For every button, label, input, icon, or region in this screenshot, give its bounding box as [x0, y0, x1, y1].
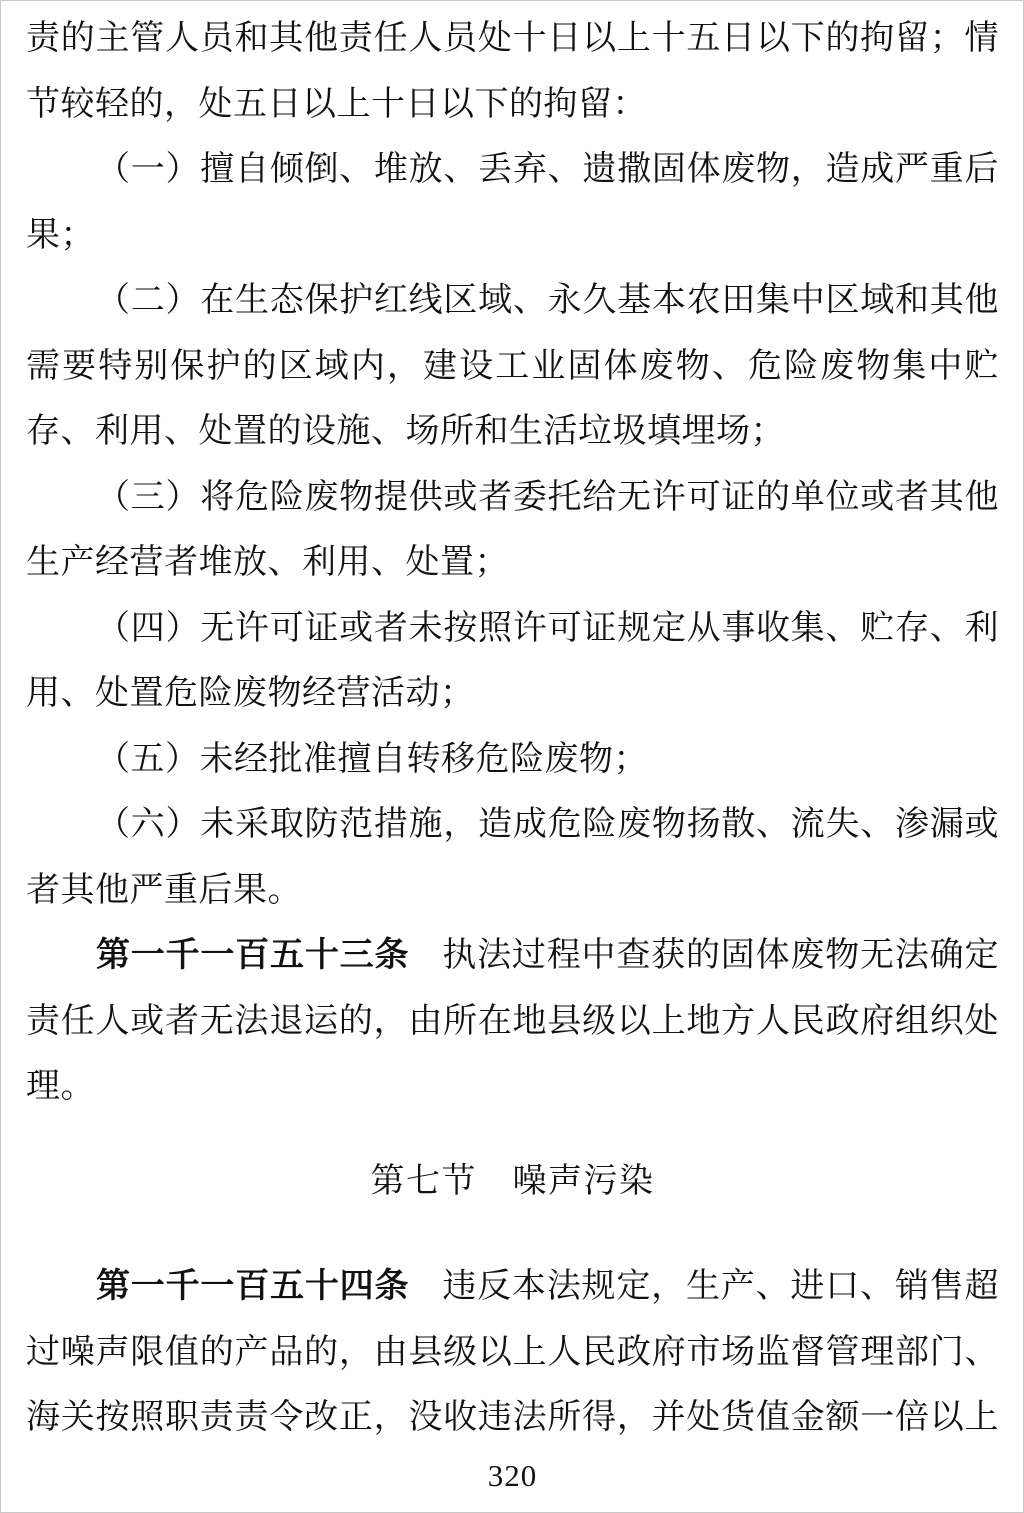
article-number: 第一千一百五十四条 — [96, 1267, 409, 1305]
line-text: （三）将危险废物提供或者委托给无许可证的单位或者其他 — [96, 479, 999, 516]
text-line: （四）无许可证或者未按照许可证规定从事收集、贮存、利 — [26, 596, 999, 662]
line-text: 生产经营者堆放、利用、处置； — [26, 544, 509, 581]
text-line: 海关按照职责责令改正，没收违法所得，并处货值金额一倍以上 — [26, 1385, 999, 1451]
text-line: （六）未采取防范措施，造成危险废物扬散、流失、渗漏或 — [26, 792, 999, 858]
body-text-block-after-heading: 第一千一百五十四条违反本法规定，生产、进口、销售超过噪声限值的产品的，由县级以上… — [26, 1254, 999, 1451]
text-line: （五）未经批准擅自转移危险废物； — [26, 727, 999, 793]
text-line: 生产经营者堆放、利用、处置； — [26, 530, 999, 596]
line-text: 果； — [26, 217, 95, 254]
text-line: 第一千一百五十四条违反本法规定，生产、进口、销售超 — [26, 1254, 999, 1320]
text-line: （二）在生态保护红线区域、永久基本农田集中区域和其他 — [26, 268, 999, 334]
line-text: 者其他严重后果。 — [26, 872, 302, 909]
line-text: 需要特别保护的区域内，建设工业固体废物、危险废物集中贮 — [26, 348, 999, 385]
body-text-block: 责的主管人员和其他责任人员处十日以上十五日以下的拘留；情节较轻的，处五日以上十日… — [26, 6, 999, 1120]
line-text: 存、利用、处置的设施、场所和生活垃圾填埋场； — [26, 413, 785, 450]
text-line: 责的主管人员和其他责任人员处十日以上十五日以下的拘留；情 — [26, 6, 999, 72]
line-text: （六）未采取防范措施，造成危险废物扬散、流失、渗漏或 — [96, 806, 999, 843]
text-line: 存、利用、处置的设施、场所和生活垃圾填埋场； — [26, 399, 999, 465]
text-line: 第一千一百五十三条执法过程中查获的固体废物无法确定 — [26, 923, 999, 989]
line-text: （一）擅自倾倒、堆放、丢弃、遗撒固体废物，造成严重后 — [96, 151, 999, 188]
line-text: （四）无许可证或者未按照许可证规定从事收集、贮存、利 — [96, 610, 999, 647]
line-text: （二）在生态保护红线区域、永久基本农田集中区域和其他 — [96, 282, 999, 319]
line-text: 海关按照职责责令改正，没收违法所得，并处货值金额一倍以上 — [26, 1399, 999, 1436]
page-number: 320 — [26, 1456, 999, 1496]
line-text: 过噪声限值的产品的，由县级以上人民政府市场监督管理部门、 — [26, 1334, 999, 1371]
line-text: 责任人或者无法退运的，由所在地县级以上地方人民政府组织处 — [26, 1003, 999, 1040]
line-text: 用、处置危险废物经营活动； — [26, 675, 475, 712]
text-line: 理。 — [26, 1054, 999, 1120]
text-line: 者其他严重后果。 — [26, 858, 999, 924]
text-line: 节较轻的，处五日以上十日以下的拘留： — [26, 72, 999, 138]
line-text: 执法过程中查获的固体废物无法确定 — [442, 937, 999, 974]
text-line: （三）将危险废物提供或者委托给无许可证的单位或者其他 — [26, 465, 999, 531]
text-line: 果； — [26, 203, 999, 269]
line-text: 责的主管人员和其他责任人员处十日以上十五日以下的拘留；情 — [26, 20, 999, 57]
line-text: 节较轻的，处五日以上十日以下的拘留： — [26, 86, 647, 123]
text-line: 责任人或者无法退运的，由所在地县级以上地方人民政府组织处 — [26, 989, 999, 1055]
section-heading: 第七节 噪声污染 — [26, 1149, 999, 1215]
line-text: （五）未经批准擅自转移危险废物； — [96, 741, 648, 778]
text-line: 过噪声限值的产品的，由县级以上人民政府市场监督管理部门、 — [26, 1320, 999, 1386]
document-page: 责的主管人员和其他责任人员处十日以上十五日以下的拘留；情节较轻的，处五日以上十日… — [0, 0, 1024, 1513]
text-line: 需要特别保护的区域内，建设工业固体废物、危险废物集中贮 — [26, 334, 999, 400]
article-number: 第一千一百五十三条 — [96, 936, 409, 974]
text-line: 用、处置危险废物经营活动； — [26, 661, 999, 727]
page-content: 责的主管人员和其他责任人员处十日以上十五日以下的拘留；情节较轻的，处五日以上十日… — [1, 1, 1023, 1496]
line-text: 理。 — [26, 1068, 95, 1105]
text-line: （一）擅自倾倒、堆放、丢弃、遗撒固体废物，造成严重后 — [26, 137, 999, 203]
line-text: 违反本法规定，生产、进口、销售超 — [442, 1268, 999, 1305]
